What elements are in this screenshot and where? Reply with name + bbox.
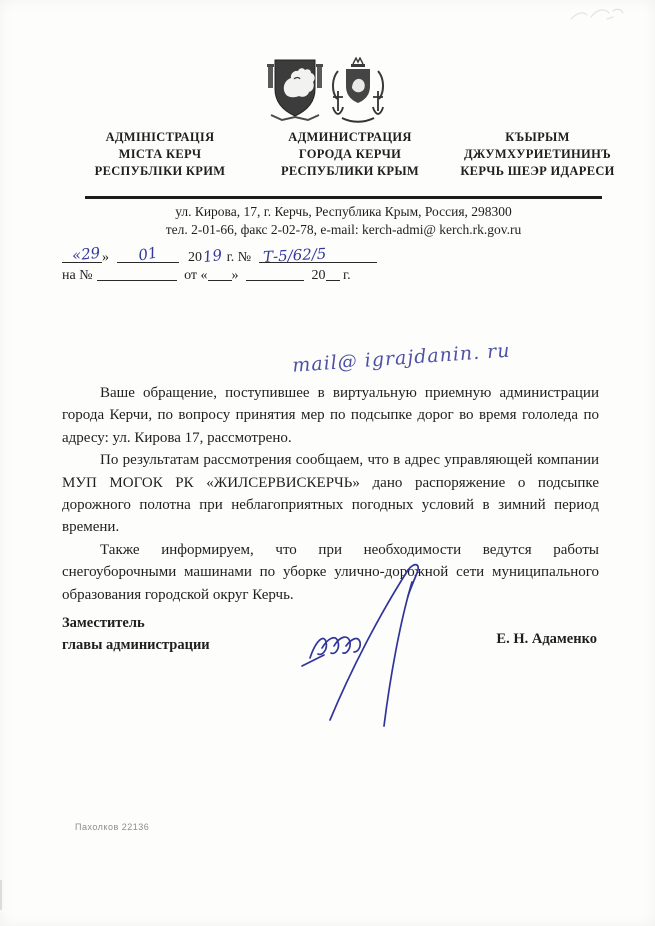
header-divider-rule <box>85 196 602 199</box>
incoming-day-blank <box>208 266 232 281</box>
org-name-ukrainian: АДМІНІСТРАЦІЯ МІСТА КЕРЧ РЕСПУБЛІКИ КРИМ <box>60 129 260 180</box>
org-name-columns: АДМІНІСТРАЦІЯ МІСТА КЕРЧ РЕСПУБЛІКИ КРИМ… <box>60 129 635 180</box>
close-quote: » <box>102 250 109 265</box>
handwritten-month: 01 <box>116 242 180 268</box>
org-line: АДМІНІСТРАЦІЯ <box>60 129 260 146</box>
incoming-month-blank <box>246 266 304 281</box>
na-label: на № <box>62 268 93 283</box>
number-blank: Т-5/62/5 <box>259 248 377 263</box>
outgoing-date-line: «29» 01 2019 г. № Т-5/62/5 <box>62 247 377 266</box>
address-line: тел. 2-01-66, факс 2-02-78, e-mail: kerc… <box>85 221 602 239</box>
day-value: 29 <box>80 244 101 264</box>
after-year-label: г. № <box>227 250 252 265</box>
org-line: МІСТА КЕРЧ <box>60 146 260 163</box>
day-blank: «29 <box>62 248 102 263</box>
incoming-g-label: г. <box>343 268 351 283</box>
kerch-coat-of-arms-icon <box>328 57 388 125</box>
crimea-coat-of-arms-icon <box>267 57 323 125</box>
scanned-letter-page: АДМІНІСТРАЦІЯ МІСТА КЕРЧ РЕСПУБЛІКИ КРИМ… <box>0 0 655 926</box>
incoming-year-label: 20 <box>312 268 326 283</box>
org-line: РЕСПУБЛИКИ КРЫМ <box>260 163 440 180</box>
year-printed: 20 <box>188 250 202 265</box>
incoming-close-quote: » <box>232 268 239 283</box>
signer-title-line: главы администрации <box>62 634 210 656</box>
paragraph: Ваше обращение, поступившее в виртуальну… <box>62 382 599 449</box>
emblems-row <box>0 57 655 125</box>
org-line: КЕРЧЬ ШЕЭР ИДАРЕСИ <box>440 163 635 180</box>
signature-icon <box>300 560 450 728</box>
executor-note: Пахолков 22136 <box>75 822 149 832</box>
incoming-number-blank <box>97 266 177 281</box>
org-name-crimean-tatar: КЪЫРЫМ ДЖУМХУРИЕТИНИНЪ КЕРЧЬ ШЕЭР ИДАРЕС… <box>440 129 635 180</box>
pencil-scribble-icon <box>563 3 627 29</box>
signer-name: Е. Н. Адаменко <box>496 631 597 648</box>
paragraph: По результатам рассмотрения сообщаем, чт… <box>62 449 599 539</box>
handwritten-email-note: mail@ igrajdanin. ru <box>292 333 603 377</box>
org-line: РЕСПУБЛІКИ КРИМ <box>60 163 260 180</box>
address-line: ул. Кирова, 17, г. Керчь, Республика Кры… <box>85 203 602 221</box>
org-name-russian: АДМИНИСТРАЦИЯ ГОРОДА КЕРЧИ РЕСПУБЛИКИ КР… <box>260 129 440 180</box>
signer-title: Заместитель главы администрации <box>62 612 210 656</box>
month-blank: 01 <box>117 248 179 263</box>
incoming-reference-line: на № от «» 20 г. <box>62 266 351 284</box>
handwritten-number: Т-5/62/5 <box>262 244 377 265</box>
handwritten-year: 19 <box>202 246 223 266</box>
scan-edge-artifact <box>0 880 2 910</box>
incoming-year-blank <box>326 266 340 281</box>
org-line: ДЖУМХУРИЕТИНИНЪ <box>440 146 635 163</box>
org-line: АДМИНИСТРАЦИЯ <box>260 129 440 146</box>
address-block: ул. Кирова, 17, г. Керчь, Республика Кры… <box>85 203 602 239</box>
ot-label: от « <box>184 268 207 283</box>
org-line: КЪЫРЫМ <box>440 129 635 146</box>
signer-title-line: Заместитель <box>62 612 210 634</box>
org-line: ГОРОДА КЕРЧИ <box>260 146 440 163</box>
handwritten-day: «29 <box>71 245 102 263</box>
